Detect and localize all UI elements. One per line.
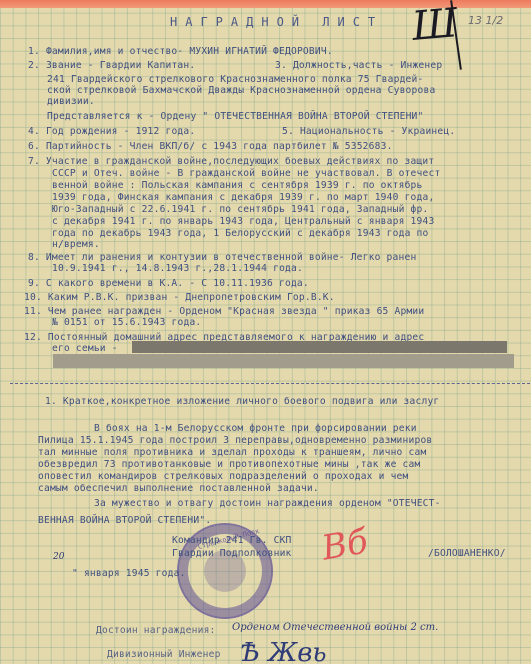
narrative-line-6: самым обеспечил выполнение поставленной … [38,484,319,494]
commander-rank: Гвардии Подполковник [172,549,292,559]
redacted-address-2 [53,354,514,368]
narrative-line-8: ВЕННАЯ ВОЙНА ВТОРОЙ СТЕПЕНИ". [38,516,211,526]
field-value: - Украинец. [390,126,456,137]
narrative-line-7: За мужество и отвагу достоин награждения… [94,499,441,509]
field-number: 1. [28,46,40,57]
field-7-line-2: СССР и Отеч. войне - В гражданской войне… [52,169,440,179]
narrative-line-5: оповестил командиров стрелковых подразде… [38,472,409,482]
redacted-address-1 [132,341,507,353]
date-line: " января 1945 года. [72,569,186,579]
field-12-line-2: его семьи - [52,344,118,354]
date-day-handwritten: 20 [53,552,64,562]
field-8-line-1: 8. Имеет ли ранения и контузии в отечест… [28,253,416,263]
field-label: Год рождения [46,126,118,137]
field-3-unit-line-1: 241 Гвардейского стрелкового Краснознаме… [47,75,423,85]
field-label: Национальность [300,126,384,137]
field-label: Фамилия,имя и отчество- [46,46,183,57]
field-3-unit-line-3: дивизии. [47,97,95,107]
field-value: - Гвардии Капитан. [88,60,196,71]
narrative-line-1: В боях на 1-м Белорусском фронте при фор… [94,424,417,434]
field-6-party: 6. Партийность - Член ВКП/б/ с 1943 года… [28,142,393,152]
field-number: 2. [28,60,40,71]
section-divider [10,383,530,384]
field-value: МУХИН ИГНАТИЙ ФЕДОРОВИЧ. [189,46,332,57]
worthy-handwritten-award: Орденом Отечественной войны 2 ст. [232,622,438,633]
commander-signature-red: Вб [319,521,371,568]
field-7-line-3: венной войне : Польская кампания с сентя… [52,181,423,191]
field-value: - 1912 года. [124,126,196,137]
narrative-line-3: тал минные поля противника и зделал прох… [38,448,426,458]
archive-sheet-number: 13 1/2 [468,14,503,27]
field-number: 5. [282,126,294,137]
field-7-line-1: 7. Участие в гражданской войне,последующ… [28,157,434,167]
narrative-line-2: Пилица 15.1.1945 года построил 3 перепра… [38,436,432,446]
field-7-line-6: с декабря 1941 г. по январь 1943 года, Ц… [52,217,434,227]
field-label: Представляется к [47,111,143,122]
field-7-line-8: н/время. [52,240,100,250]
field-8-line-2: 10.9.1941 г., 14.8.1943 г.,28.1.1944 год… [52,264,303,274]
field-label: Партийность [46,141,112,152]
field-value: - Ордену " ОТЕЧЕСТВЕННАЯ ВОЙНА ВТОРОЙ СТ… [149,111,424,122]
field-11-line-2: № 0151 от 15.6.1943 года. [52,318,201,328]
section-heading: 1. Краткое,конкретное изложение личного … [45,397,439,407]
narrative-line-4: обезвредил 73 противотанковые и противоп… [38,460,420,470]
field-2-rank: 2. Звание - Гвардии Капитан. [28,61,195,71]
field-5-nationality: 5. Национальность - Украинец. [282,127,455,137]
document-title: НАГРАДНОЙ ЛИСТ [170,15,383,29]
worthy-label: Достоин награждения: [96,626,216,636]
division-engineer-label: Дивизионный Инженер [107,650,221,660]
field-7-line-5: Юго-Западный с 22.6.1941 г. по сентябрь … [52,205,428,215]
field-3-unit-line-2: ской стрелковой Бахмачской Дважды Красно… [47,86,435,96]
field-value: - Член ВКП/б/ с 1943 года партбилет № 53… [118,141,393,152]
field-label: Звание [46,60,82,71]
field-1-fullname: 1. Фамилия,имя и отчество- МУХИН ИГНАТИЙ… [28,47,333,57]
field-number: 3. [275,60,287,71]
division-engineer-signature: Ѣ Жвь [240,638,327,664]
field-label: Должность,часть [293,60,383,71]
field-7-line-7: года по декабрь 1943 года, 1 Белорусский… [52,229,428,239]
field-11-line-1: 11. Чем ранее награжден - Орденом "Красн… [24,307,424,317]
field-9-service-since: 9. С какого времени в К.А. - С 10.11.193… [28,279,309,289]
field-10-drafted-by: 10. Каким Р.В.К. призван - Днепропетровс… [24,293,335,303]
commander-title: Командир 241 Гв. СКП [172,536,292,546]
field-value: - Инженер [389,60,443,71]
field-number: 6. [28,141,40,152]
field-3-position: 3. Должность,часть - Инженер [275,61,442,71]
field-7-line-4: 1939 года, Финская кампания с декабря 19… [52,193,434,203]
commander-name: /БОЛОШАНЕНКО/ [428,549,506,559]
field-number: 4. [28,126,40,137]
field-4-birth-year: 4. Год рождения - 1912 года. [28,127,195,137]
nominated-for: Представляется к - Ордену " ОТЕЧЕСТВЕННА… [47,112,424,122]
